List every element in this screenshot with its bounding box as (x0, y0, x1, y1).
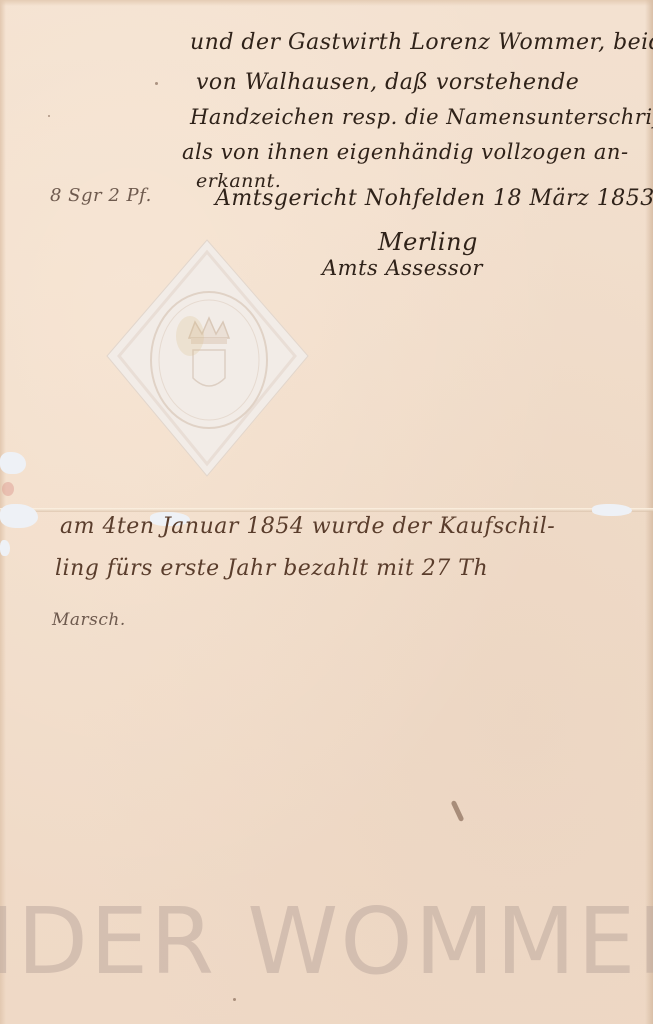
watermark-text: IDER WOMMER (0, 888, 653, 995)
main-text-line-2: von Walhausen, daß vorstehende (196, 70, 579, 95)
paper-right-edge (645, 0, 653, 1024)
signer-title: Amts Assessor (322, 256, 483, 280)
paper-fold-line (0, 508, 653, 512)
payment-note-initial: Marsch. (52, 610, 126, 630)
embossed-seal-icon (105, 238, 310, 478)
main-text-line-3: Handzeichen resp. die Namensunterschrift (190, 105, 653, 129)
ink-speck (155, 82, 158, 85)
signature: Merling (378, 228, 478, 256)
paper-tear (0, 504, 38, 528)
main-text-line-1: und der Gastwirth Lorenz Wommer, beide (190, 30, 653, 55)
payment-note-line-1: am 4ten Januar 1854 wurde der Kaufschil- (60, 514, 555, 539)
paper-tear (0, 540, 10, 556)
main-text-line-4: als von ihnen eigenhändig vollzogen an- (182, 140, 629, 164)
paper-tear (592, 504, 632, 516)
ink-speck (48, 115, 50, 117)
ink-speck (451, 800, 465, 822)
paper-tear (0, 452, 26, 474)
payment-note-line-2: ling fürs erste Jahr bezahlt mit 27 Th (55, 556, 488, 581)
paper-top-edge (0, 0, 653, 6)
place-date: Amtsgericht Nohfelden 18 März 1853 (215, 186, 653, 211)
stain (2, 482, 14, 496)
document-page: und der Gastwirth Lorenz Wommer, beide v… (0, 0, 653, 1024)
margin-fee-note: 8 Sgr 2 Pf. (50, 185, 152, 206)
ink-speck (233, 998, 236, 1001)
